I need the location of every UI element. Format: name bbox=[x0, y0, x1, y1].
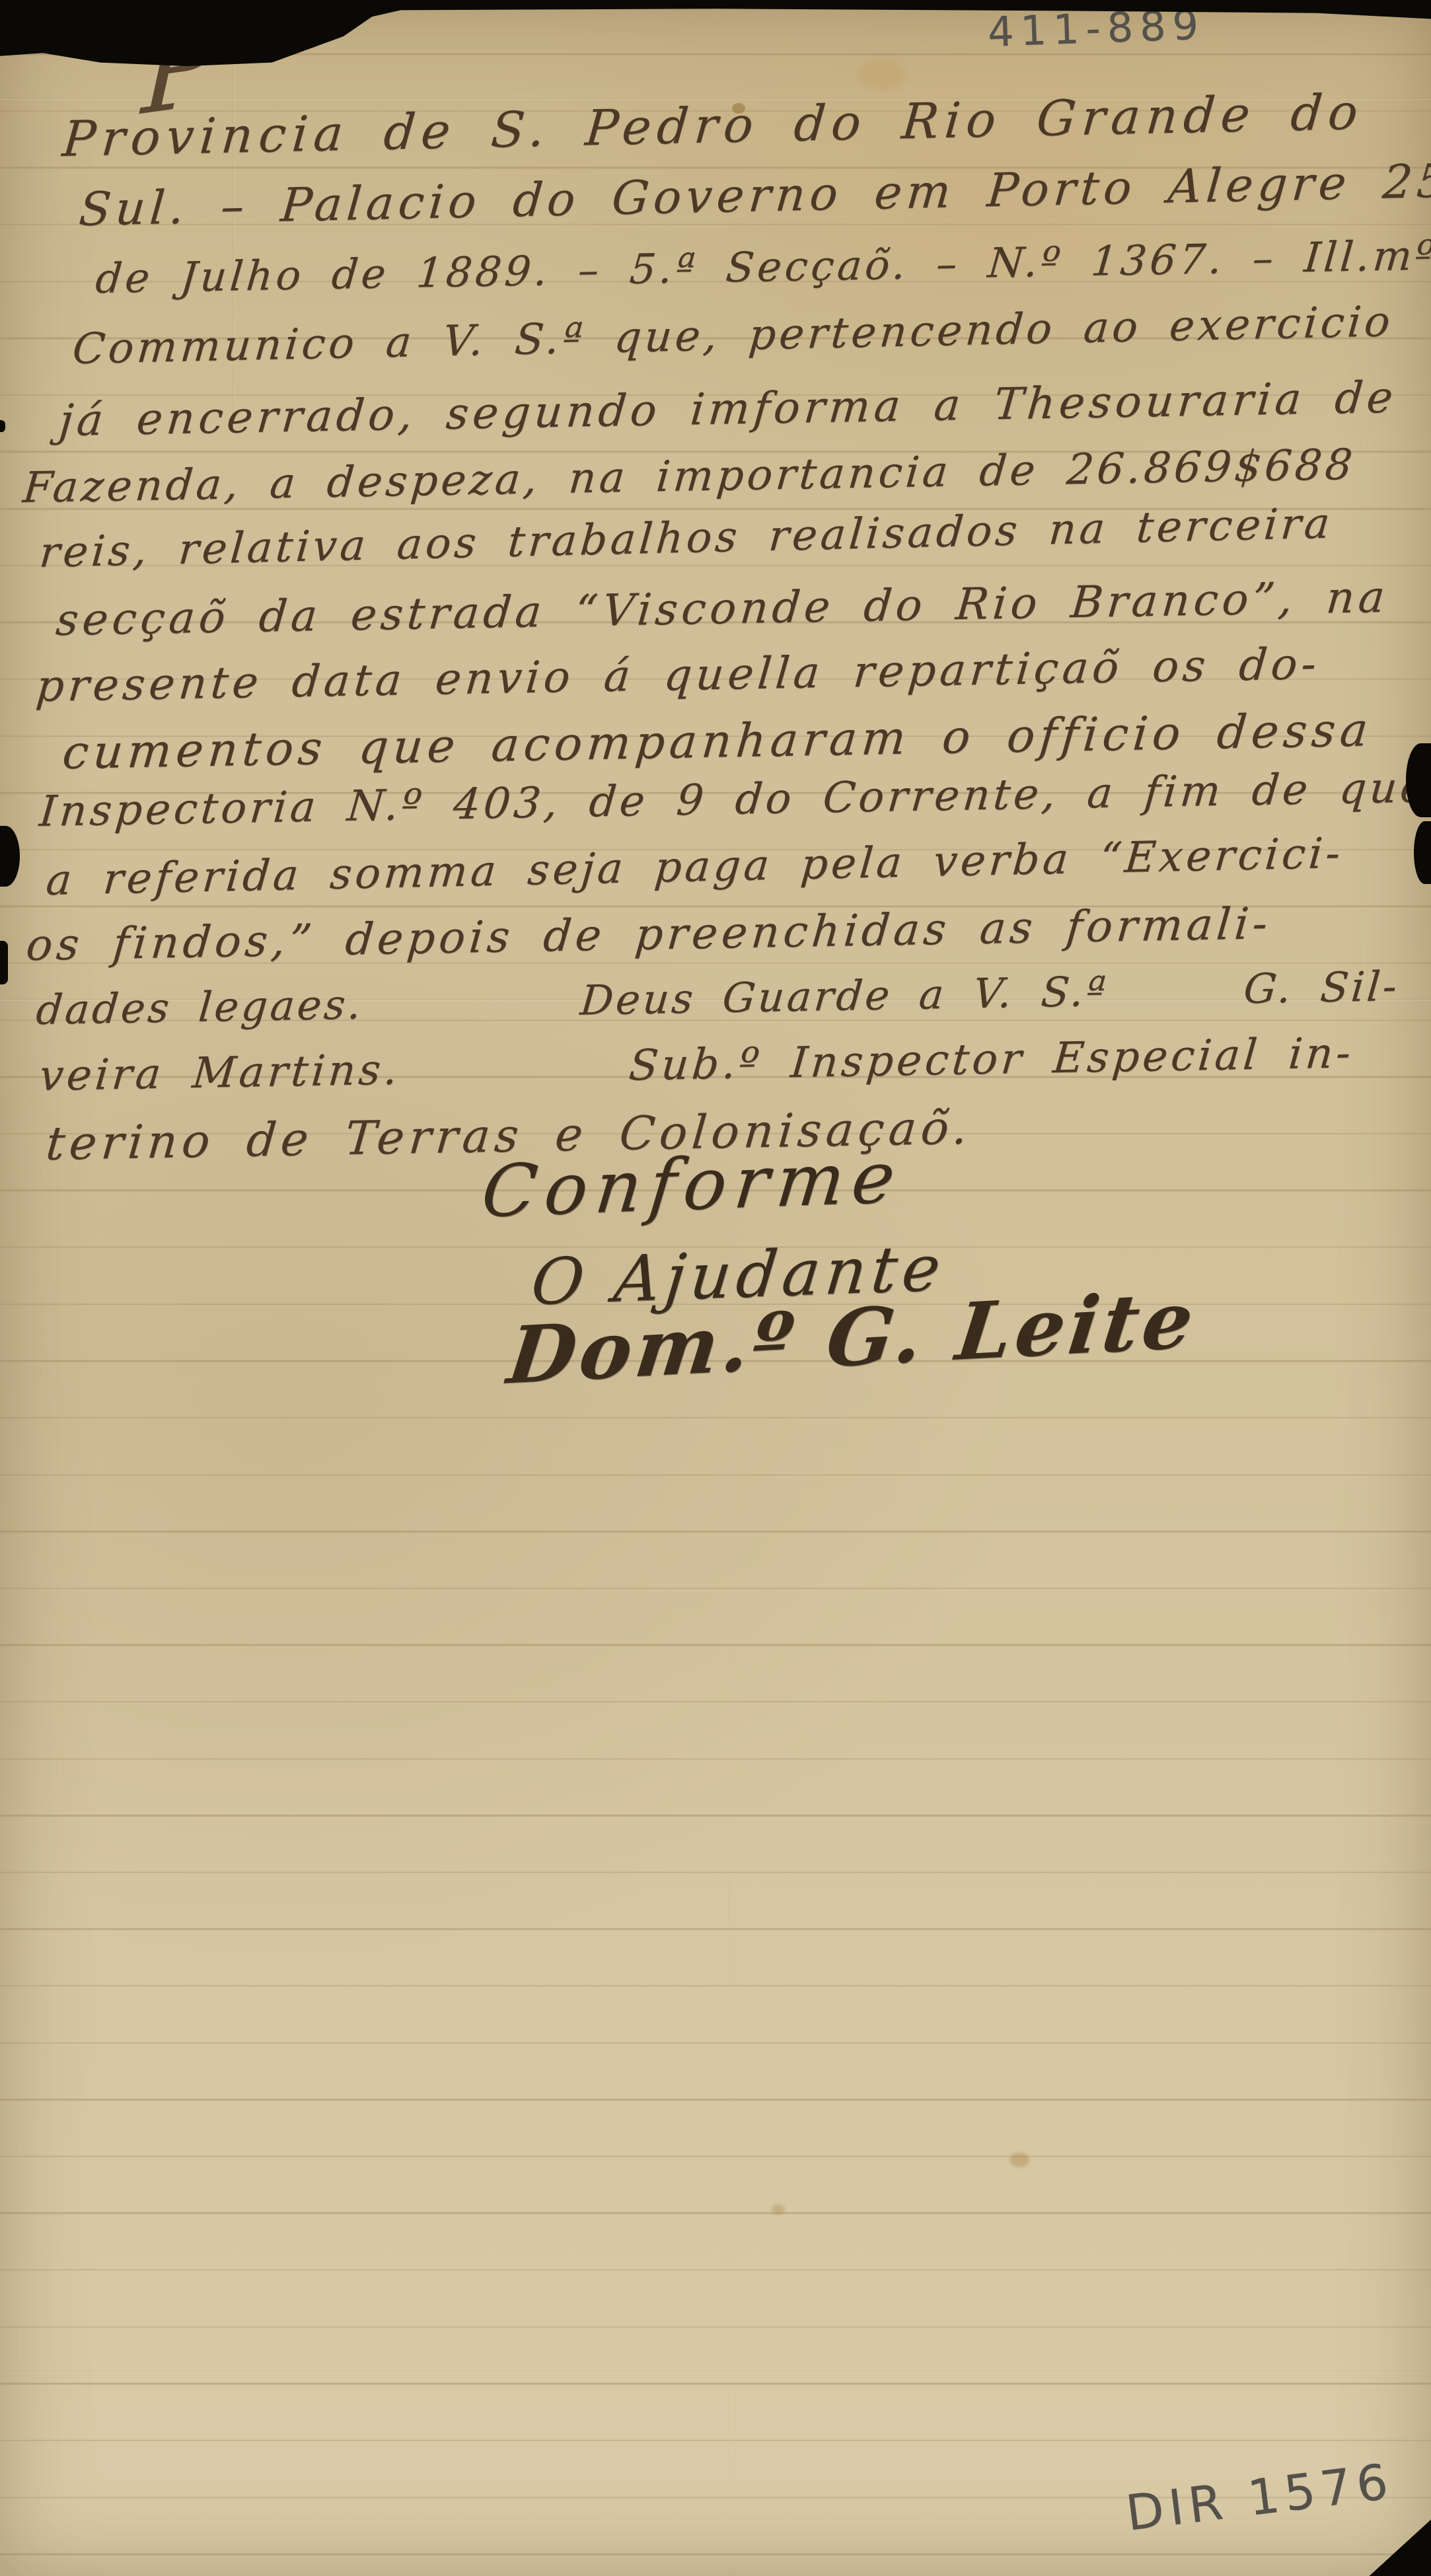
fold-crease bbox=[0, 2371, 1431, 2373]
paper-sheet: 411-889 P Provincia de S. Pedro do Rio G… bbox=[0, 0, 1431, 2576]
foxing-stain bbox=[1009, 2153, 1029, 2167]
foxing-stain bbox=[772, 2204, 785, 2215]
foxing-stain bbox=[859, 59, 905, 90]
scan-mark-left bbox=[0, 941, 8, 984]
scan-mark-left bbox=[0, 420, 5, 432]
scan-mark-right bbox=[1414, 821, 1431, 884]
scan-mark-right bbox=[1406, 743, 1431, 817]
document-page: 411-889 P Provincia de S. Pedro do Rio G… bbox=[0, 0, 1431, 2576]
conforme-note: Conforme bbox=[478, 1136, 906, 1234]
